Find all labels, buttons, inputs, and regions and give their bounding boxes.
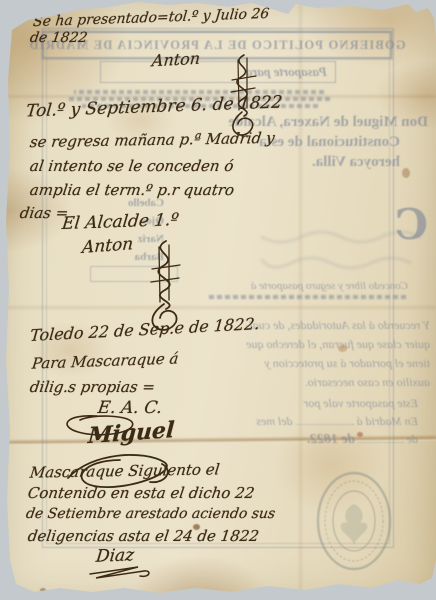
printed-validity-line: de <box>407 432 418 446</box>
torn-paper-sheet: GOBIERNO POLITICO DE LA PROVINCIA DE MAD… <box>0 0 436 600</box>
handwriting-arrival-line4: deligencias asta el 24 de 1822 <box>28 527 259 545</box>
handwriting-presented-line2: de 1822 <box>30 30 87 46</box>
printed-year: de 1822. <box>306 432 354 447</box>
handwriting-text: deligencias asta el 24 de 1822 <box>27 527 260 545</box>
handwriting-destination-line2: dilig.s propias = <box>30 378 155 396</box>
printed-protection-line: quier clase que fueran, el derecho que <box>194 335 430 354</box>
handwriting-alcalde: El Alcalde 1.º <box>62 210 179 234</box>
handwriting-decree-line4: amplia el term.º p.r quatro <box>30 181 234 199</box>
signature-antonio-top: Anton <box>152 49 201 70</box>
printed-validity-line: En Madrid á <box>357 414 418 428</box>
handwriting-text: amplia el term.º p.r quatro <box>29 181 236 199</box>
handwriting-arrival-line3: de Setiembre arestado aciendo sus <box>26 506 275 522</box>
signature-text: Anton <box>151 49 201 71</box>
handwriting-arrival-line2: Contenido en esta el dicho 22 <box>28 484 254 502</box>
printed-validity-block: Este pasaporte vale por En Madrid á del … <box>178 394 418 449</box>
handwriting-text: al intento se le conceden ó <box>29 157 235 175</box>
printed-validity-line: del mes <box>256 414 292 428</box>
printed-validity-line: Este pasaporte vale por <box>304 396 418 410</box>
verso-handwriting-ghost <box>216 225 426 275</box>
printed-protection-line: tiene el portador á su proteccion y <box>194 354 430 373</box>
signature-text: Anton <box>81 234 134 258</box>
scanned-document: GOBIERNO POLITICO DE LA PROVINCIA DE MAD… <box>0 0 436 600</box>
printed-protection-line: auxilio en caso necesario. <box>194 373 430 392</box>
handwriting-decree-line3: al intento se le conceden ó <box>30 157 233 175</box>
handwriting-arrival-line1: Mascaraque Siguiento el <box>30 460 220 481</box>
printed-concede-line: Concedo libre y seguro pasaporte á <box>251 280 408 292</box>
printed-fine-print-line <box>206 295 406 299</box>
official-seal-icon <box>314 468 394 574</box>
handwriting-text: de Setiembre arestado aciendo sus <box>25 506 276 522</box>
handwriting-text: El Alcalde 1.º <box>61 210 180 234</box>
handwriting-text: dilig.s propias = <box>29 378 157 396</box>
signature-rubric-icon <box>88 564 154 586</box>
printed-fine-print-line <box>74 90 324 94</box>
handwriting-text: Contenido en esta el dicho 22 <box>27 484 256 502</box>
handwriting-text: Mascaraque Siguiento el <box>29 460 221 481</box>
signature-antonio-mid: Anton <box>81 234 134 258</box>
handwriting-text: de 1822 <box>29 30 89 46</box>
